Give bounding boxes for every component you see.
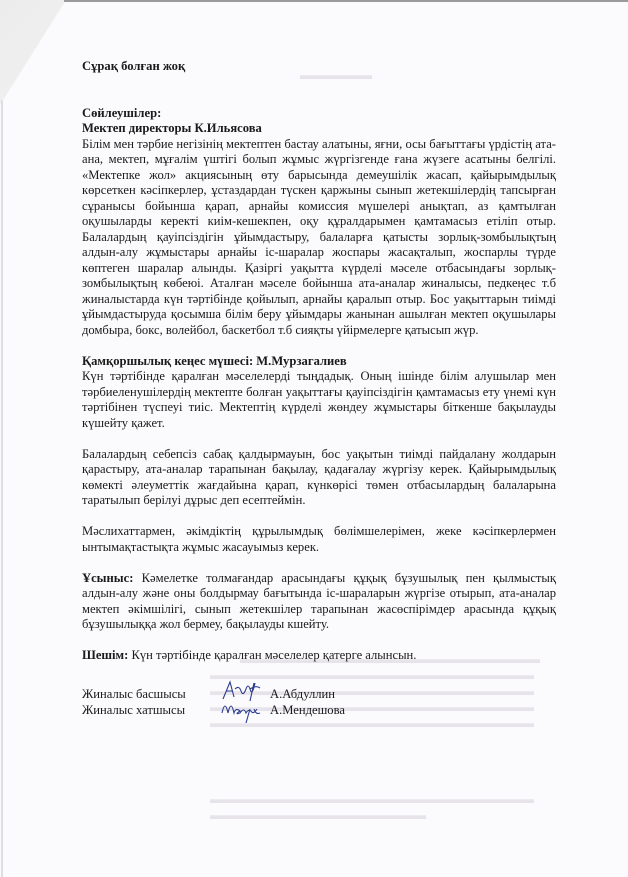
- speaker2-paragraph-1: Күн тәртібінде қаралған мәселелерді тыңд…: [82, 369, 556, 431]
- page-left-edge: [1, 100, 3, 877]
- signature-name: А.Абдуллин: [270, 687, 335, 703]
- speakers-heading: Сөйлеушілер:: [82, 106, 556, 122]
- proposal: Ұсыныс: Кәмелетке толмағандар арасындағы…: [82, 571, 556, 633]
- signature-row-secretary: Жиналыс хатшысы А.Мендешова: [82, 703, 556, 719]
- handwritten-signature-icon: [220, 703, 270, 719]
- decision-label: Шешім:: [82, 648, 128, 662]
- proposal-label: Ұсыныс:: [82, 571, 133, 585]
- speaker1-paragraph: Білім мен тәрбие негізінің мектептен бас…: [82, 137, 556, 339]
- page-top-edge: [64, 0, 628, 2]
- speaker1-title: Мектеп директоры К.Ильясова: [82, 121, 556, 137]
- document-page: Сұрақ болған жоқ Сөйлеушілер: Мектеп дир…: [82, 59, 556, 718]
- signature-role: Жиналыс хатшысы: [82, 703, 220, 719]
- no-questions-line: Сұрақ болған жоқ: [82, 59, 556, 75]
- decision: Шешім: Күн тәртібінде қаралған мәселелер…: [82, 648, 556, 664]
- speaker2-paragraph-2: Балалардың себепсіз сабақ қалдырмауын, б…: [82, 447, 556, 509]
- proposal-text: Кәмелетке толмағандар арасындағы құқық б…: [82, 571, 556, 632]
- signature-row-chair: Жиналыс басшысы А.Абдуллин: [82, 687, 556, 703]
- decision-text: Күн тәртібінде қаралған мәселелер қатерг…: [128, 648, 416, 662]
- speaker2-paragraph-3: Мәслихаттармен, әкімдіктің құрылымдық бө…: [82, 524, 556, 555]
- signature-block: Жиналыс басшысы А.Абдуллин Жиналыс хатшы…: [82, 687, 556, 718]
- signature-name: А.Мендешова: [270, 703, 345, 719]
- scan-corner-shadow: [0, 0, 66, 105]
- speaker2-title: Қамқоршылық кеңес мүшесі: М.Мурзагалиев: [82, 354, 556, 370]
- signature-role: Жиналыс басшысы: [82, 687, 220, 703]
